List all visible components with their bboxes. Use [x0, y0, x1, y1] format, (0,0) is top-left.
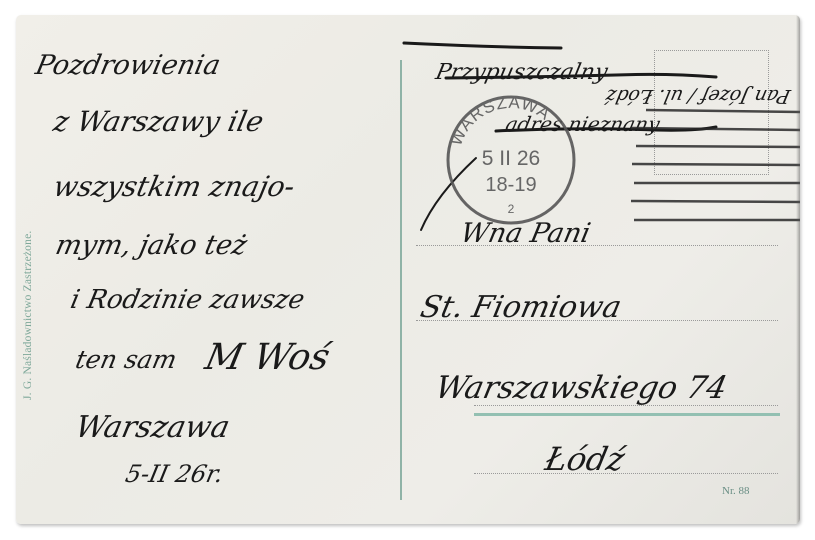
postmark-office-number: 2 [508, 202, 515, 216]
postmark-date: 5 II 26 [482, 147, 540, 170]
postmark-time: 18-19 [485, 174, 536, 196]
postcard-back: J. G. Naśladownictwo Zastrzeżone. Nr. 88… [16, 15, 800, 524]
postmark-city: WARSZAWA [446, 93, 554, 149]
postmark: WARSZAWA 5 II 26 18-19 2 [446, 93, 574, 223]
markings-overlay: WARSZAWA 5 II 26 18-19 2 [16, 15, 800, 524]
